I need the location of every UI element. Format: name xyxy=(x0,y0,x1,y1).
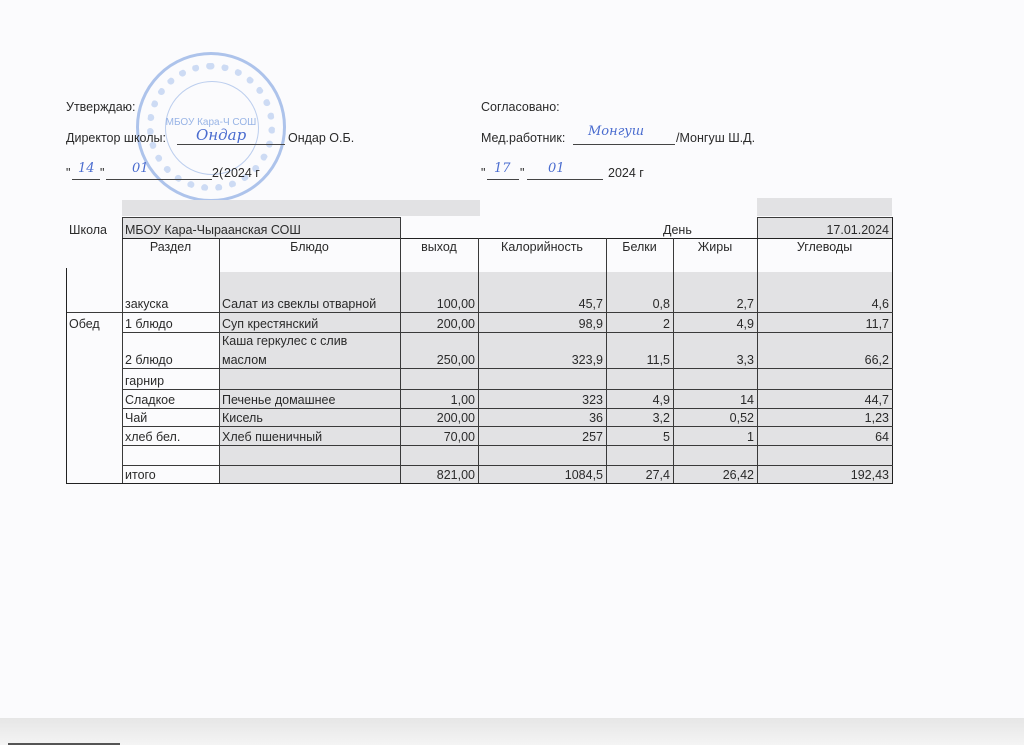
medic-label: Мед.работник: xyxy=(481,131,565,145)
grid-hline xyxy=(122,408,893,409)
approve-label: Утверждаю: xyxy=(66,100,136,114)
grid-hline xyxy=(122,332,893,333)
cell-carbs: 1,23 xyxy=(757,408,892,426)
col-header-proteins: Белки xyxy=(606,238,673,278)
medic-signature-line xyxy=(573,144,675,145)
grid-hline xyxy=(122,312,893,313)
grid-vline xyxy=(219,238,220,484)
cell-fats: 1 xyxy=(673,426,757,445)
cell-output xyxy=(400,368,478,389)
director-label: Директор школы: xyxy=(66,131,166,145)
grid-vline xyxy=(757,217,758,484)
cell-proteins: 11,5 xyxy=(606,332,673,368)
cell-calories: 323 xyxy=(478,389,606,408)
grid-hline xyxy=(122,389,893,390)
col-header-dish: Блюдо xyxy=(219,238,400,278)
grid-hline xyxy=(757,217,893,218)
cell-calories: 257 xyxy=(478,426,606,445)
col-header-fats: Жиры xyxy=(673,238,757,278)
agreement-date-quote-open: " xyxy=(481,166,485,180)
cell-proteins xyxy=(606,368,673,389)
cell-output: 200,00 xyxy=(400,408,478,426)
medic-name: /Монгуш Ш.Д. xyxy=(676,131,755,145)
cell-dish xyxy=(219,465,400,483)
col-header-carbs: Углеводы xyxy=(757,238,892,278)
cell-proteins: 3,2 xyxy=(606,408,673,426)
cell-output: 100,00 xyxy=(400,278,478,312)
agreement-month-line xyxy=(527,179,603,180)
date-shade-top xyxy=(757,198,892,216)
agreed-label: Согласовано: xyxy=(481,100,560,114)
cell-section: Сладкое xyxy=(122,389,219,408)
approval-day: 14 xyxy=(78,161,95,176)
director-name: Ондар О.Б. xyxy=(288,131,354,145)
grid-hline xyxy=(66,312,122,313)
cell-output: 200,00 xyxy=(400,312,478,332)
approval-month-line xyxy=(106,179,212,180)
cell-proteins: 4,9 xyxy=(606,389,673,408)
grid-hline xyxy=(122,217,400,218)
grid-hline xyxy=(122,368,893,369)
col-header-output: выход xyxy=(400,238,478,278)
school-name: МБОУ Кара-Чыраанская СОШ xyxy=(122,218,400,238)
grid-vline xyxy=(400,238,401,484)
cell-dish xyxy=(219,368,400,389)
cell-section: 1 блюдо xyxy=(122,312,219,332)
grid-hline xyxy=(122,426,893,427)
agreement-month: 01 xyxy=(548,161,565,176)
cell-section xyxy=(122,445,219,465)
cell-calories xyxy=(478,368,606,389)
cell-section: гарнир xyxy=(122,368,219,389)
header-shade xyxy=(122,200,480,216)
approval-day-line xyxy=(72,179,100,180)
cell-proteins xyxy=(606,445,673,465)
cell-dish: Хлеб пшеничный xyxy=(219,426,400,445)
grid-vline xyxy=(122,217,123,484)
medic-signature: Монгуш xyxy=(588,124,644,139)
cell-section: Чай xyxy=(122,408,219,426)
approval-month: 01 xyxy=(132,161,149,176)
grid-vline xyxy=(400,217,401,238)
grid-vline xyxy=(892,217,893,484)
grid-hline xyxy=(122,445,893,446)
cell-output xyxy=(400,445,478,465)
grid-vline xyxy=(606,238,607,484)
agreement-year: 2024 г xyxy=(608,166,644,180)
grid-hline xyxy=(122,465,893,466)
col-header-section: Раздел xyxy=(122,238,219,278)
agreement-day-line xyxy=(487,179,519,180)
cell-proteins: 2 xyxy=(606,312,673,332)
day-label: День xyxy=(660,218,750,238)
col-header-calories: Калорийность xyxy=(478,238,606,278)
cell-section: итого xyxy=(122,465,219,483)
cell-section: 2 блюдо xyxy=(122,332,219,368)
cell-calories: 36 xyxy=(478,408,606,426)
cell-fats: 0,52 xyxy=(673,408,757,426)
meal-label: Обед xyxy=(66,314,122,334)
director-signature-line xyxy=(177,144,285,145)
cell-carbs: 64 xyxy=(757,426,892,445)
cell-calories: 98,9 xyxy=(478,312,606,332)
grid-hline xyxy=(122,238,893,239)
grid-vline xyxy=(673,238,674,484)
cell-carbs xyxy=(757,445,892,465)
director-signature: Ондар xyxy=(196,126,246,144)
cell-output: 250,00 xyxy=(400,332,478,368)
menu-date: 17.01.2024 xyxy=(757,218,892,238)
cell-dish: Суп крестянский xyxy=(219,312,400,332)
cell-fats xyxy=(673,368,757,389)
cell-dish: Салат из свеклы отварной xyxy=(219,278,400,312)
cell-section: закуска xyxy=(122,278,219,312)
cell-carbs: 4,6 xyxy=(757,278,892,312)
cell-proteins: 0,8 xyxy=(606,278,673,312)
approval-year-prefix: 2( xyxy=(212,166,223,180)
cell-dish: Кисель xyxy=(219,408,400,426)
agreement-date-quote-close: " xyxy=(520,166,524,180)
cell-proteins: 27,4 xyxy=(606,465,673,483)
cell-fats: 2,7 xyxy=(673,278,757,312)
cell-calories: 45,7 xyxy=(478,278,606,312)
cell-carbs xyxy=(757,368,892,389)
agreement-day: 17 xyxy=(494,161,511,176)
grid-hline xyxy=(66,483,893,484)
cell-calories: 1084,5 xyxy=(478,465,606,483)
cell-carbs: 44,7 xyxy=(757,389,892,408)
grid-vline xyxy=(66,268,67,484)
approval-date-quote-open: " xyxy=(66,166,70,180)
cell-proteins: 5 xyxy=(606,426,673,445)
cell-output: 821,00 xyxy=(400,465,478,483)
approval-date-quote-close: " xyxy=(100,166,104,180)
cell-dish-line1: Каша геркулес с слив xyxy=(219,332,400,350)
grid-vline xyxy=(478,238,479,484)
approval-year: 2024 г xyxy=(224,166,260,180)
cell-carbs: 66,2 xyxy=(757,332,892,368)
cell-fats: 4,9 xyxy=(673,312,757,332)
cell-fats: 3,3 xyxy=(673,332,757,368)
cell-fats: 14 xyxy=(673,389,757,408)
cell-fats: 26,42 xyxy=(673,465,757,483)
cell-section: хлеб бел. xyxy=(122,426,219,445)
cell-calories: 323,9 xyxy=(478,332,606,368)
school-label: Школа xyxy=(66,218,122,238)
cell-calories xyxy=(478,445,606,465)
cell-carbs: 11,7 xyxy=(757,312,892,332)
cell-dish: Печенье домашнее xyxy=(219,389,400,408)
cell-fats xyxy=(673,445,757,465)
cell-carbs: 192,43 xyxy=(757,465,892,483)
cell-output: 1,00 xyxy=(400,389,478,408)
cell-output: 70,00 xyxy=(400,426,478,445)
scan-bottom-edge xyxy=(0,718,1024,745)
cell-dish xyxy=(219,445,400,465)
